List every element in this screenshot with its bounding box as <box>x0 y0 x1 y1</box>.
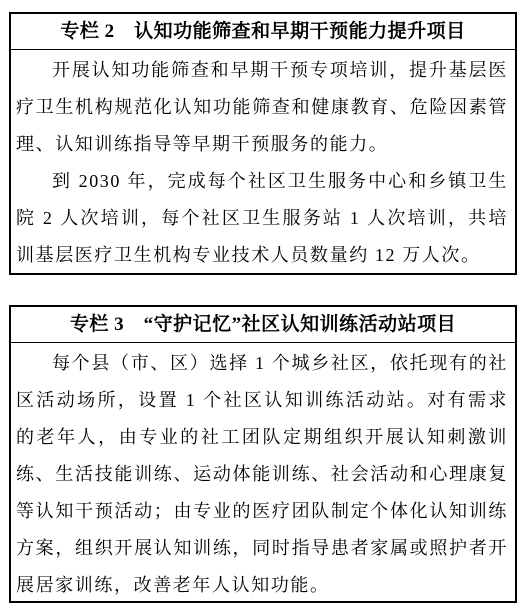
column-box-2-paragraph-1: 开展认知功能筛查和早期干预专项培训，提升基层医疗卫生机构规范化认知功能筛查和健康… <box>16 52 508 163</box>
column-box-2: 专栏 2 认知功能筛查和早期干预能力提升项目 开展认知功能筛查和早期干预专项培训… <box>9 12 517 275</box>
column-box-2-title: 专栏 2 认知功能筛查和早期干预能力提升项目 <box>11 14 515 50</box>
column-box-2-paragraph-2: 到 2030 年，完成每个社区卫生服务中心和乡镇卫生院 2 人次培训，每个社区卫… <box>16 163 508 274</box>
column-box-3-body: 每个县（市、区）选择 1 个城乡社区，依托现有的社区活动场所，设置 1 个社区认… <box>11 343 515 603</box>
column-box-3-title: 专栏 3 “守护记忆”社区认知训练活动站项目 <box>11 307 515 343</box>
column-box-2-body: 开展认知功能筛查和早期干预专项培训，提升基层医疗卫生机构规范化认知功能筛查和健康… <box>11 50 515 274</box>
column-box-3-paragraph-1: 每个县（市、区）选择 1 个城乡社区，依托现有的社区活动场所，设置 1 个社区认… <box>16 345 508 603</box>
column-box-3: 专栏 3 “守护记忆”社区认知训练活动站项目 每个县（市、区）选择 1 个城乡社… <box>9 305 517 603</box>
